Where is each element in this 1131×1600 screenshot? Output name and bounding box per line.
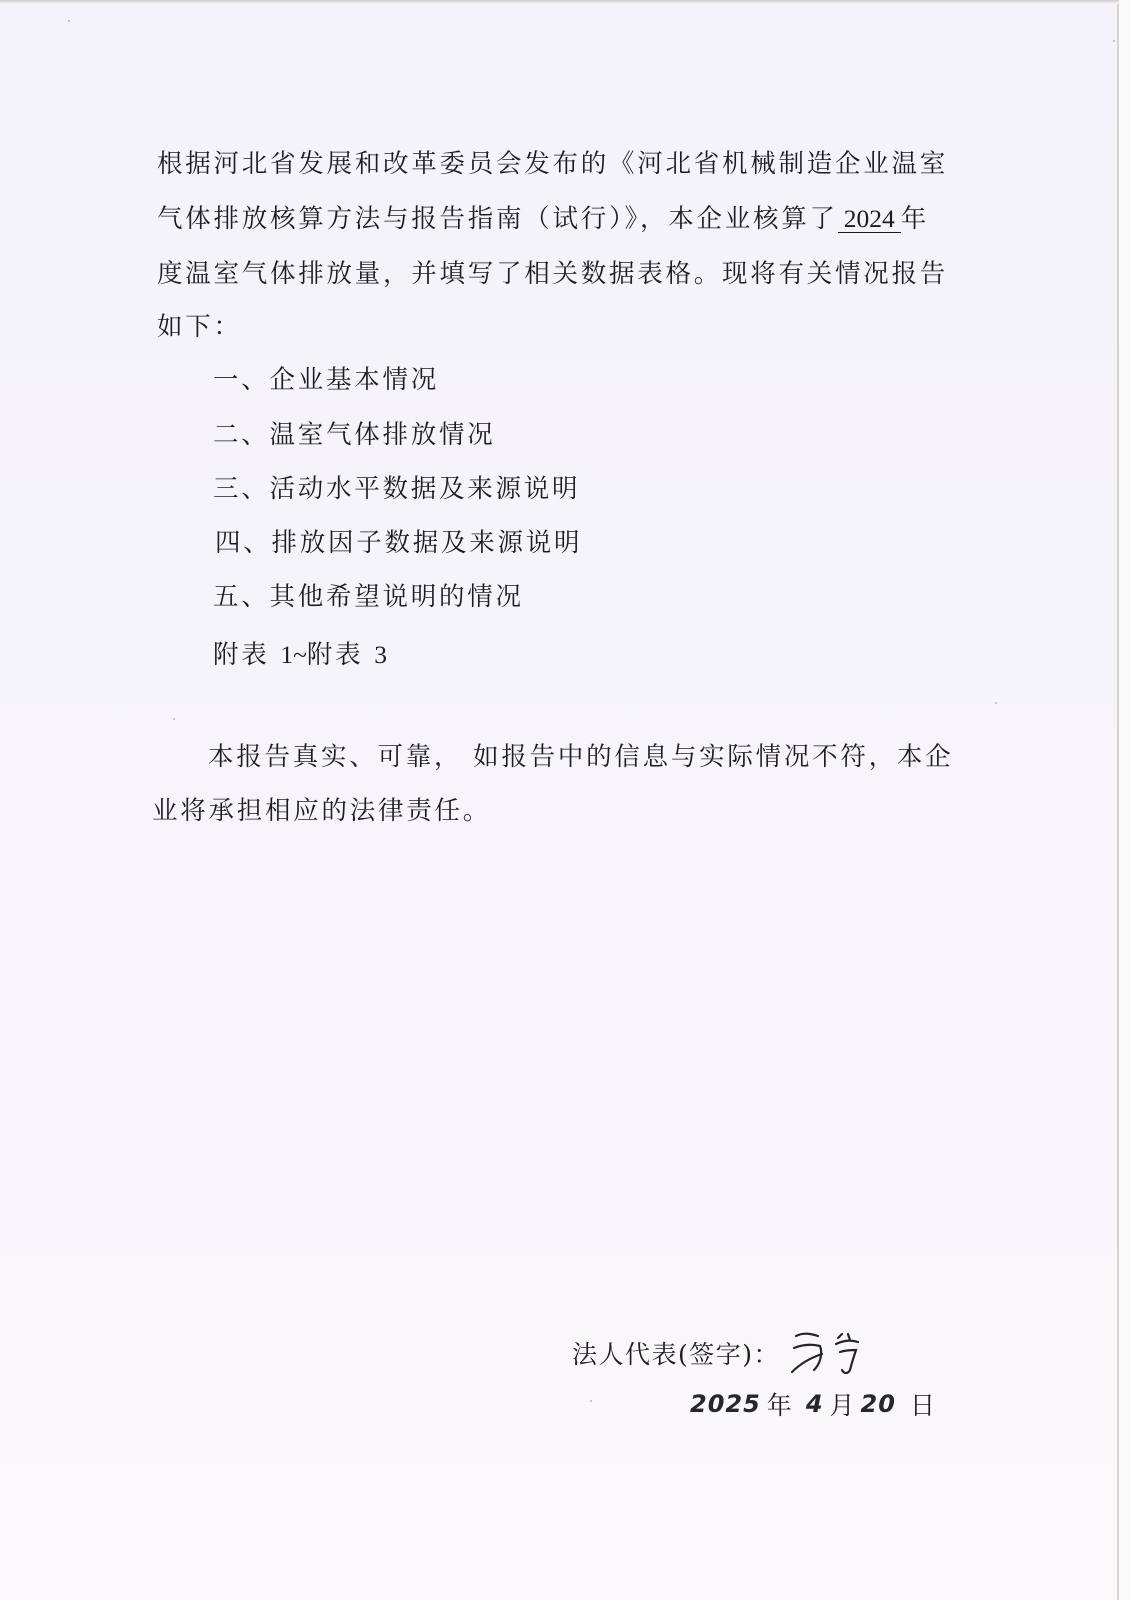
handwritten-signature-icon — [790, 1330, 880, 1376]
signature-date: 2025 年 4 月 20 日 — [690, 1386, 941, 1422]
appendix-end: 3 — [374, 640, 387, 669]
signature-label: 法人代表(签字)： — [572, 1335, 780, 1371]
appendix-line: 附表 1~附表 3 — [213, 639, 387, 671]
section-item-1: 一、企业基本情况 — [213, 364, 439, 396]
date-year-unit: 年 — [767, 1386, 792, 1422]
scan-right-margin — [1119, 0, 1131, 1600]
date-day-unit: 日 — [910, 1386, 935, 1422]
section-item-4: 四、排放因子数据及来源说明 — [215, 527, 582, 559]
section-item-3: 三、活动水平数据及来源说明 — [213, 473, 580, 505]
signature-row: 法人代表(签字)： — [572, 1333, 880, 1373]
intro-line-3: 度温室气体排放量，并填写了相关数据表格。现将有关情况报告 — [157, 258, 948, 290]
appendix-mid: 附表 — [307, 640, 364, 670]
report-year-field: 2024 — [838, 206, 901, 233]
scan-speck — [1113, 40, 1115, 42]
declaration-line-1: 本报告真实、可靠， 如报告中的信息与实际情况不符，本企 — [208, 741, 953, 773]
intro-line-1: 根据河北省发展和改革委员会发布的《河北省机械制造企业温室 — [157, 148, 948, 180]
intro-line-2-text: 气体排放核算方法与报告指南（试行）》，本企业核算了 — [157, 204, 838, 234]
date-month: 4 — [806, 1390, 824, 1418]
declaration-line-2: 业将承担相应的法律责任。 — [152, 795, 491, 827]
scan-top-shadow — [0, 0, 1131, 4]
intro-line-4: 如下： — [157, 311, 242, 343]
section-item-2: 二、温室气体排放情况 — [213, 419, 496, 451]
intro-line-2-suffix: 年 — [901, 204, 929, 234]
scanned-page: 根据河北省发展和改革委员会发布的《河北省机械制造企业温室 气体排放核算方法与报告… — [0, 0, 1131, 1600]
scan-speck — [590, 1400, 592, 1402]
scan-speck — [995, 702, 997, 704]
scan-speck — [68, 20, 70, 22]
date-year: 2025 — [690, 1390, 761, 1418]
appendix-prefix: 附表 — [213, 640, 270, 670]
scan-speck — [173, 718, 175, 720]
appendix-start: 1~ — [280, 640, 307, 669]
date-month-unit: 月 — [830, 1386, 855, 1422]
intro-line-2: 气体排放核算方法与报告指南（试行）》，本企业核算了2024年 — [157, 203, 929, 235]
section-item-5: 五、其他希望说明的情况 — [213, 581, 524, 613]
date-day: 20 — [861, 1390, 896, 1418]
